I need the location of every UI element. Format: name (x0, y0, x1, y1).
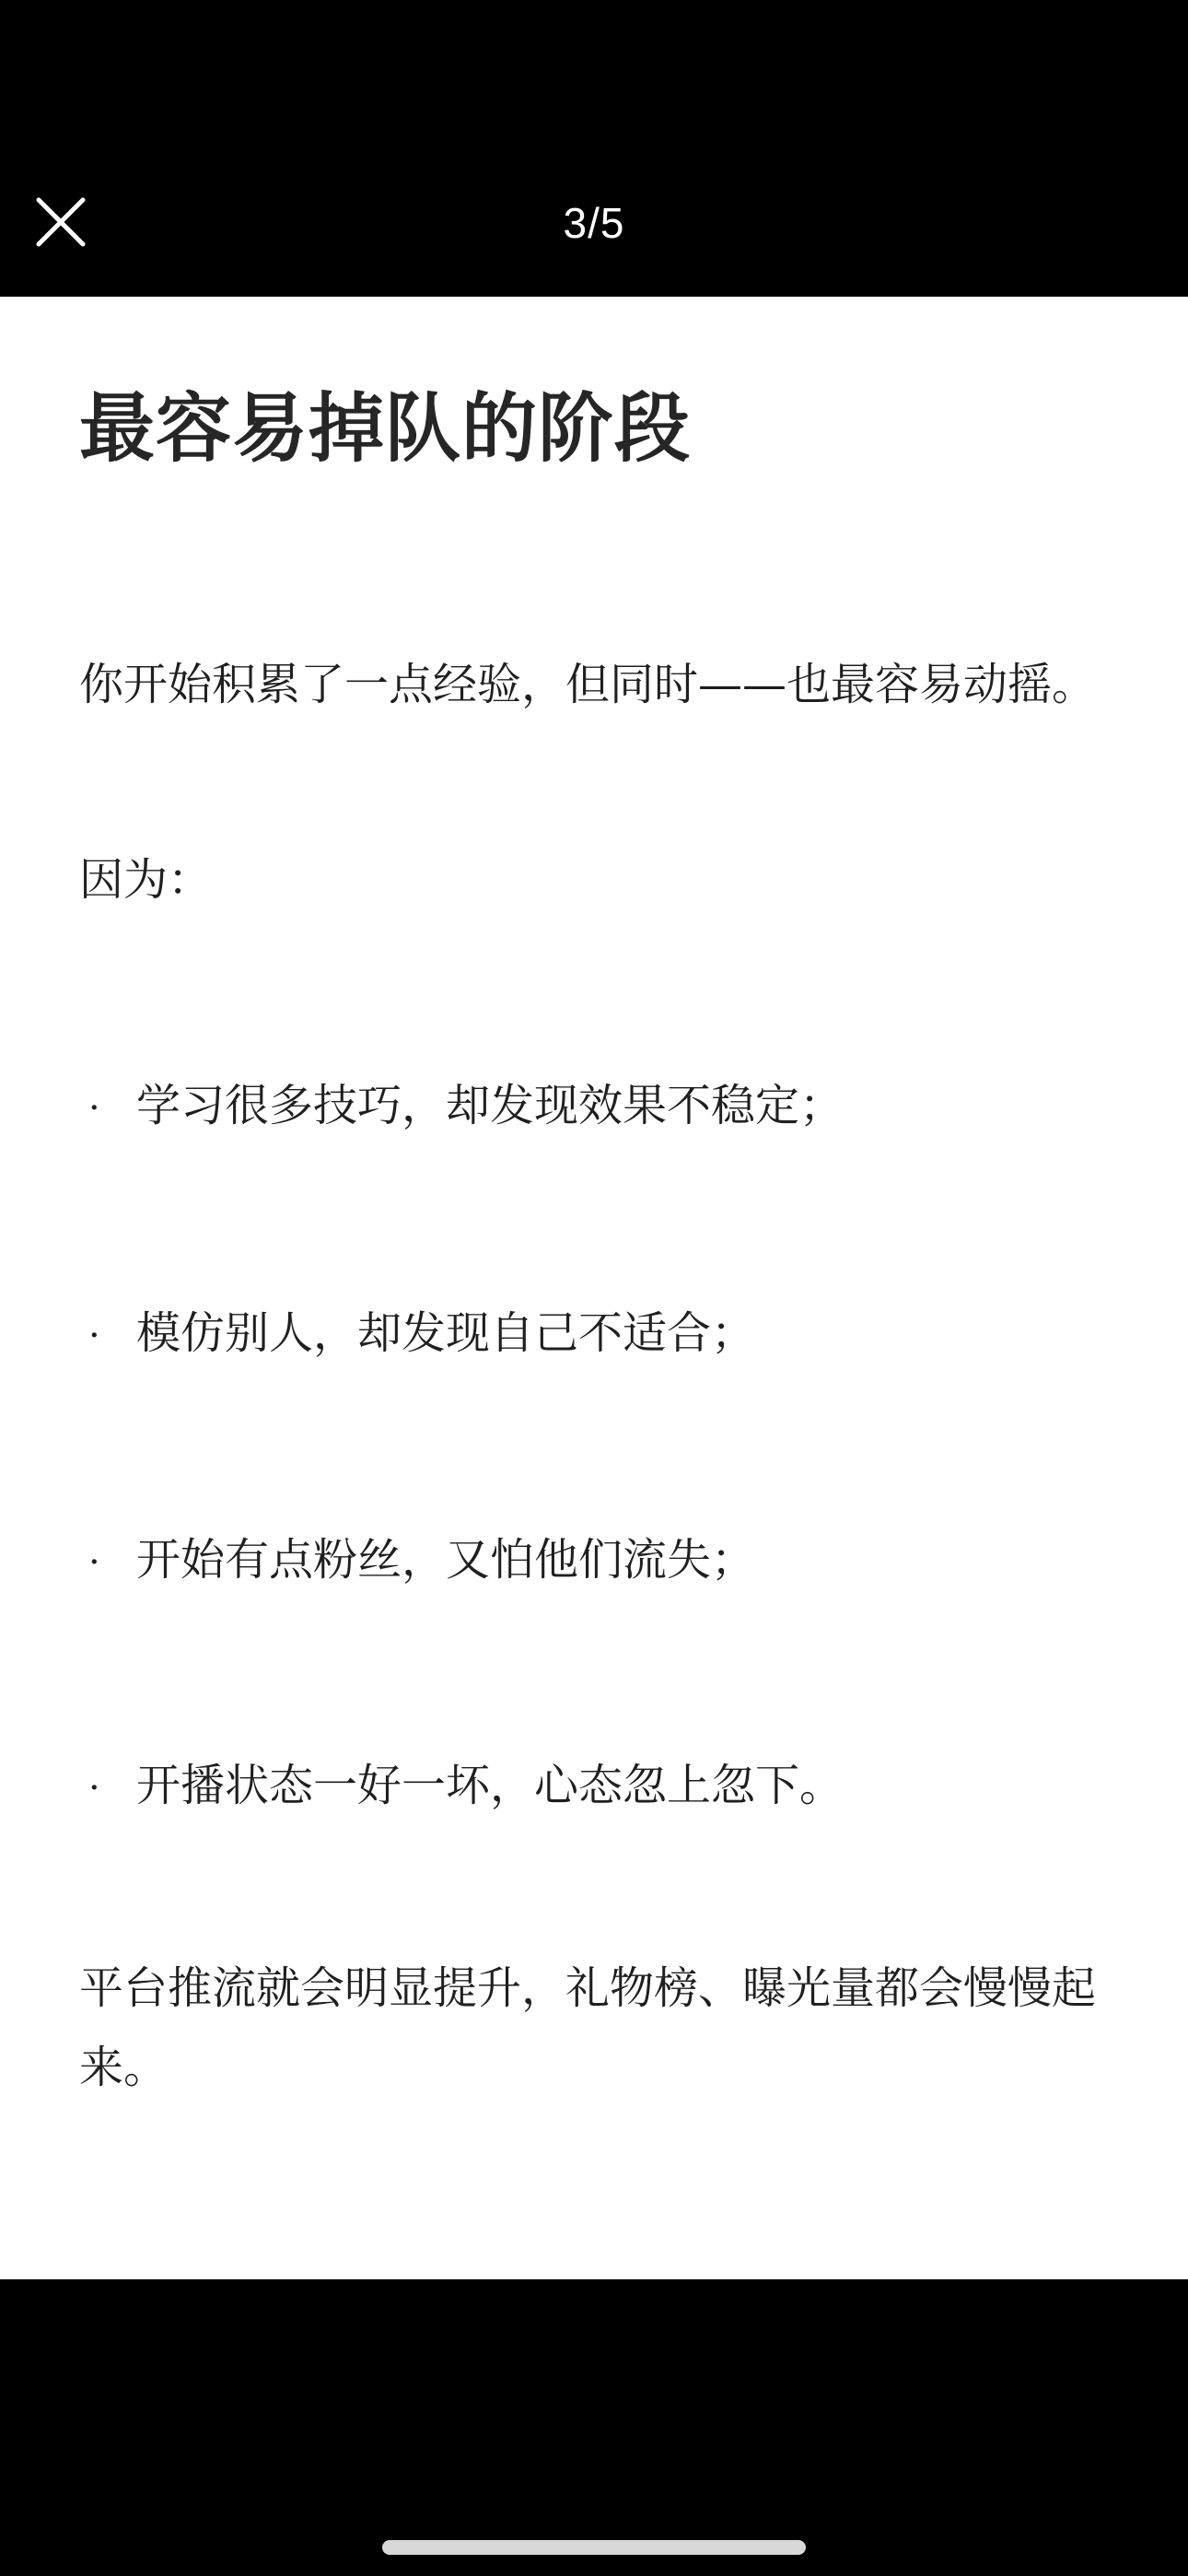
list-item: · 开始有点粉丝，又怕他们流失； (88, 1520, 1101, 1602)
bullet-dot-icon: · (88, 1069, 136, 1148)
page-counter: 3/5 (0, 195, 1188, 251)
list-item-text: 开播状态一好一坏，心态忽上忽下。 (136, 1746, 844, 1825)
list-item-text: 模仿别人，却发现自己不适合； (136, 1294, 755, 1373)
list-item: · 开播状态一好一坏，心态忽上忽下。 (88, 1746, 1101, 1828)
viewer-bottom-area (0, 2279, 1188, 2576)
page-title: 最容易掉队的阶段 (79, 378, 691, 479)
closing-paragraph: 平台推流就会明显提升，礼物榜、曝光量都会慢慢起来。 (79, 1949, 1111, 2107)
page-content-card: 最容易掉队的阶段 你开始积累了一点经验，但同时——也最容易动摇。 因为： · 学… (0, 297, 1188, 2279)
because-label: 因为： (79, 840, 1111, 919)
home-indicator[interactable] (382, 2540, 806, 2555)
list-item-text: 开始有点粉丝，又怕他们流失； (136, 1520, 755, 1599)
list-item-text: 学习很多技巧，却发现效果不稳定； (136, 1066, 844, 1145)
intro-paragraph: 你开始积累了一点经验，但同时——也最容易动摇。 (79, 645, 1111, 724)
viewer-top-bar: 3/5 (0, 0, 1188, 297)
bullet-dot-icon: · (88, 1296, 136, 1376)
list-item: · 学习很多技巧，却发现效果不稳定； (88, 1066, 1101, 1148)
bullet-dot-icon: · (88, 1749, 136, 1828)
list-item: · 模仿别人，却发现自己不适合； (88, 1294, 1101, 1376)
bullet-dot-icon: · (88, 1523, 136, 1602)
